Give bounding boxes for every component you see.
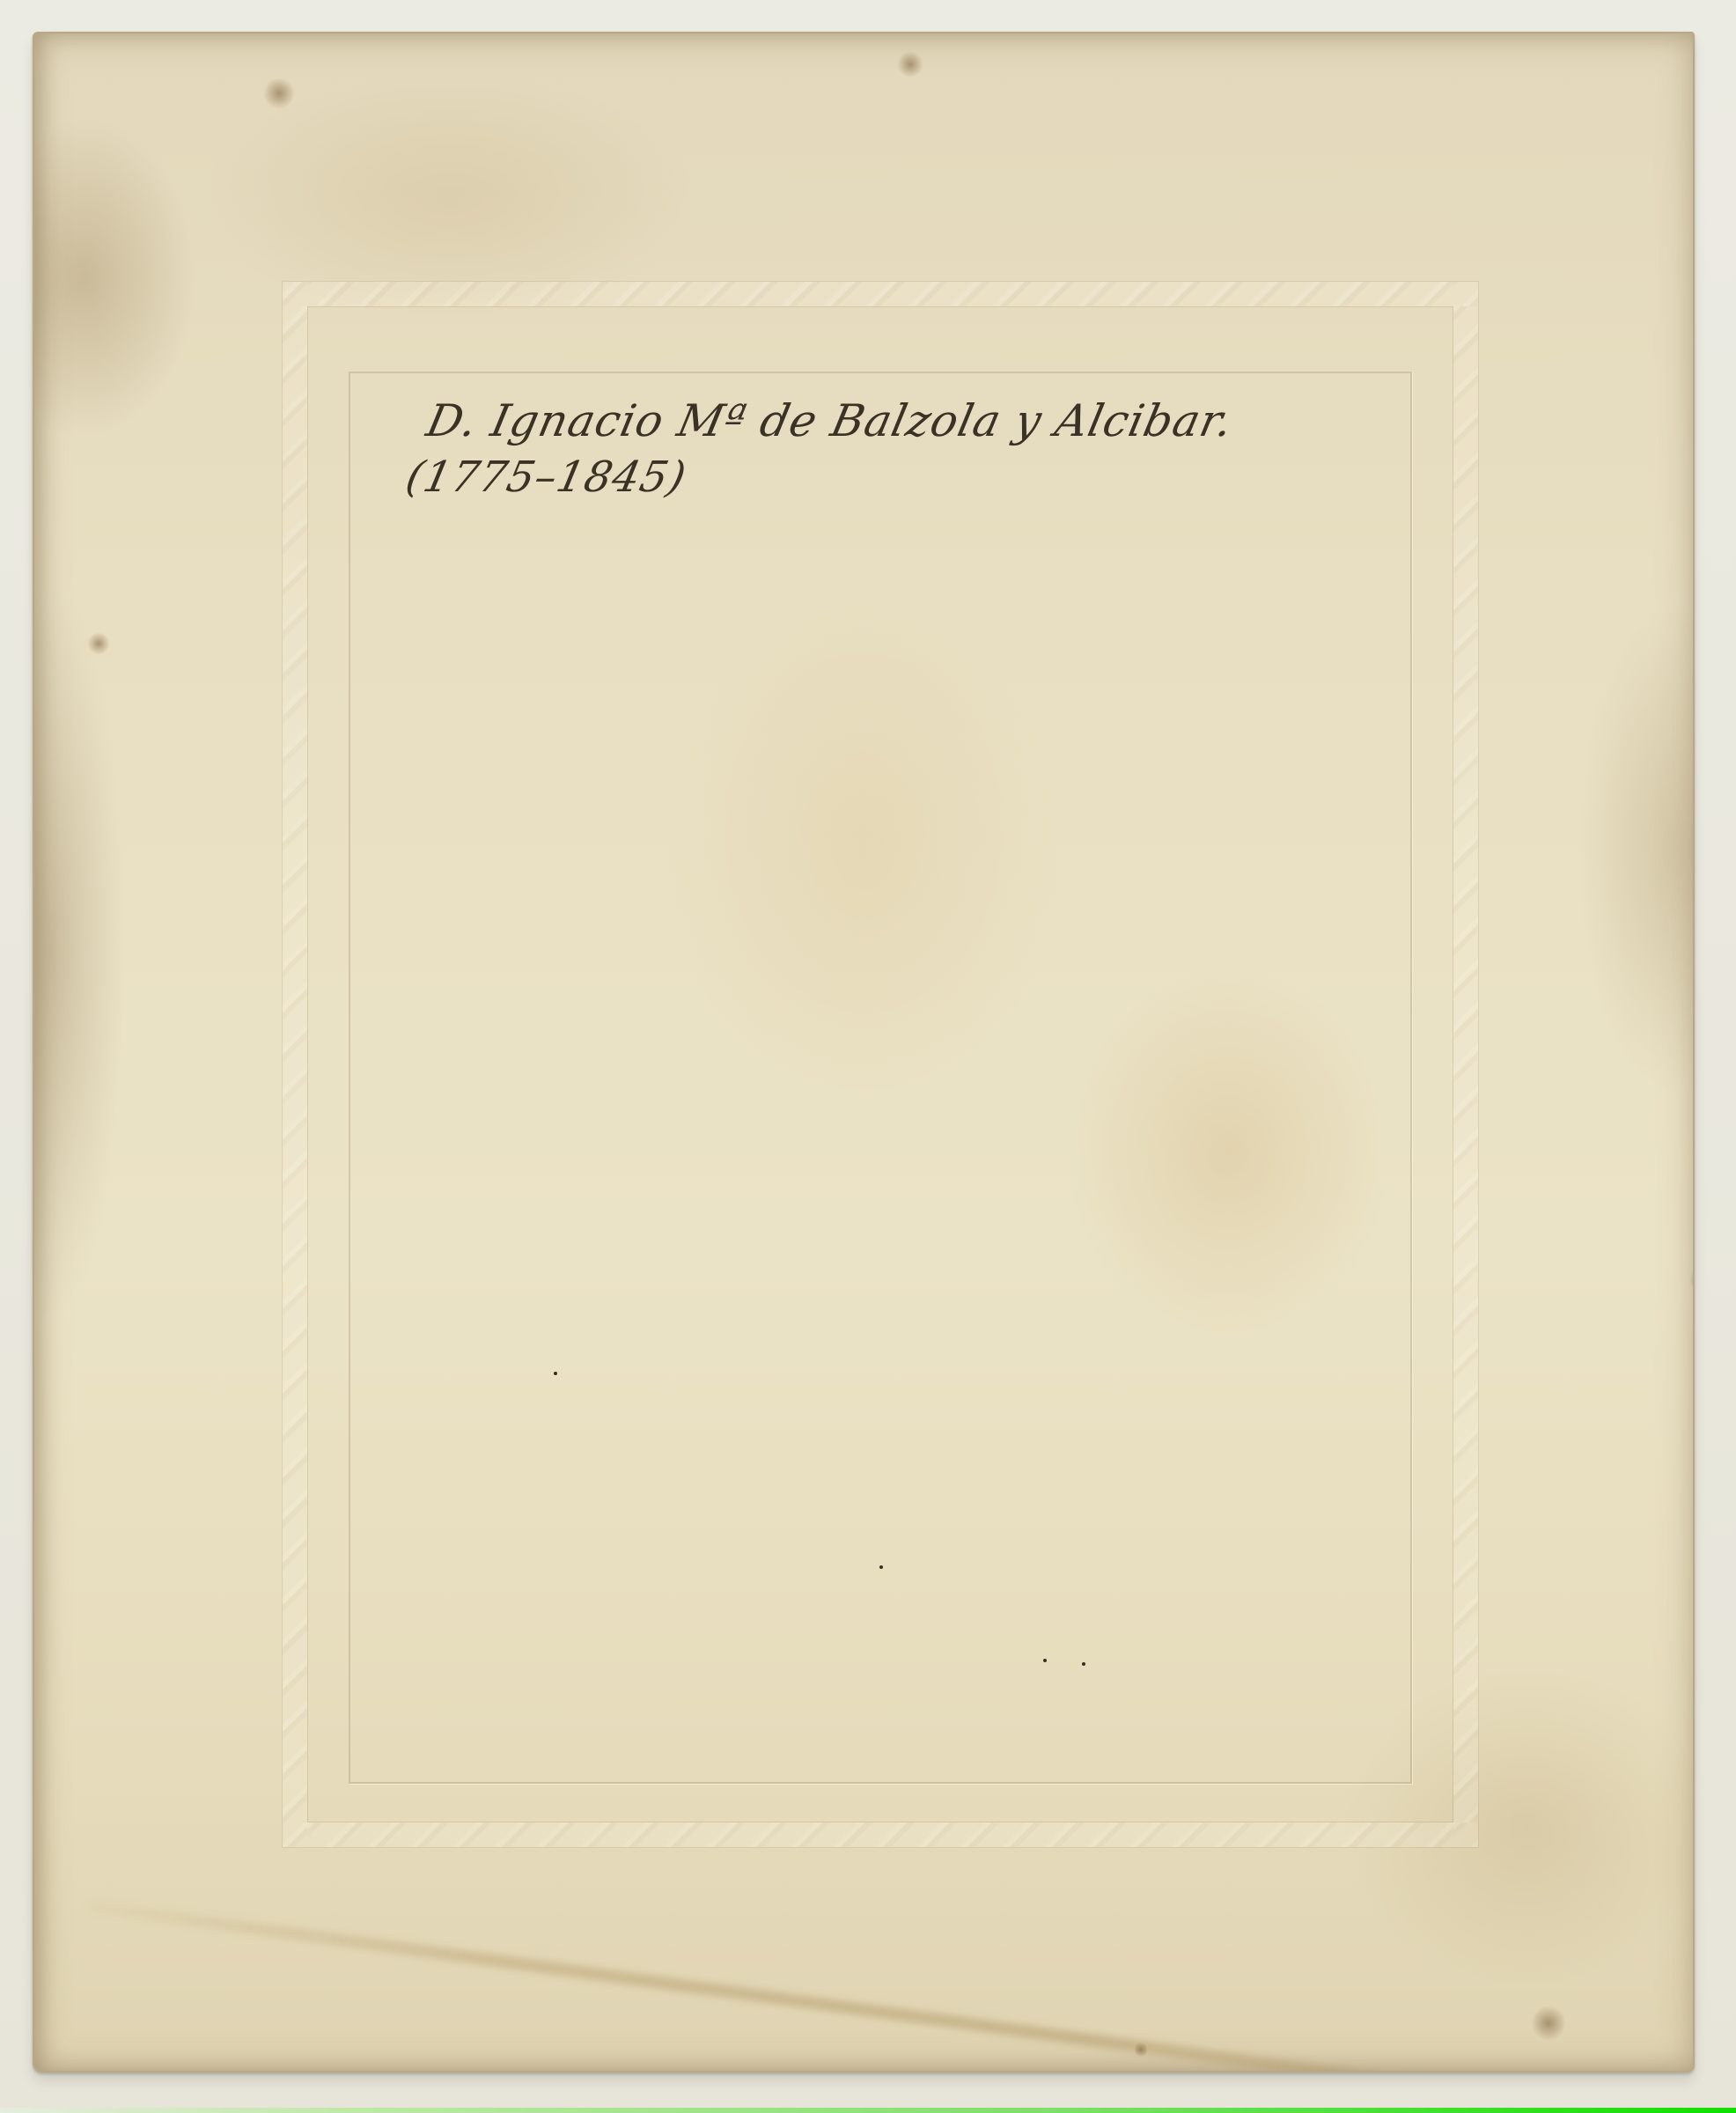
scan-indicator-bar — [0, 2108, 1736, 2113]
scan-background: D. Ignacio Mª de Balzola y Alcibar. (177… — [0, 0, 1736, 2113]
ink-speck — [554, 1372, 557, 1375]
embossed-inner-frame — [349, 372, 1412, 1784]
ink-speck — [879, 1565, 883, 1569]
foxing-spot — [87, 632, 110, 655]
foxing-spot — [897, 51, 923, 77]
foxing-spot — [263, 77, 295, 109]
inscription-name: D. Ignacio Mª de Balzola y Alcibar. — [422, 394, 1238, 447]
photo-mount-card: D. Ignacio Mª de Balzola y Alcibar. (177… — [33, 32, 1695, 2073]
ink-speck — [1082, 1662, 1085, 1666]
ink-speck — [1043, 1659, 1047, 1662]
foxing-spot — [1689, 1266, 1695, 1292]
water-stain-line — [86, 1900, 1519, 2073]
foxing-spot — [1135, 2041, 1147, 2058]
foxing-spot — [1531, 2006, 1566, 2041]
inscription-dates: (1775–1845) — [401, 453, 1225, 504]
handwritten-inscription: D. Ignacio Mª de Balzola y Alcibar. (177… — [410, 394, 1239, 504]
